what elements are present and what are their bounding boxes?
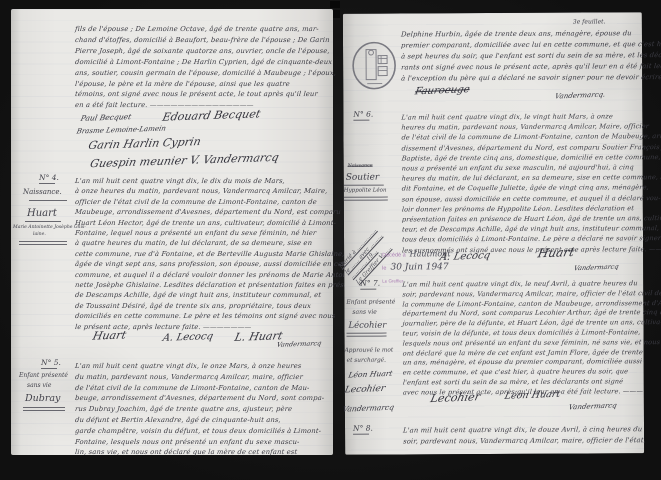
handwritten-line: âgée de vingt sept ans, sans profession,… bbox=[75, 259, 361, 269]
handwritten-line: témoins, ont signé avec nous le présent … bbox=[75, 89, 337, 100]
signature: Edouard Becquet bbox=[161, 107, 262, 123]
act-person-name: Huart bbox=[27, 208, 57, 219]
act-number: N° 7. bbox=[360, 279, 380, 288]
handwritten-line: Fontaine, lequel nous a présenté un enfa… bbox=[75, 228, 361, 238]
stamp-printed-text: Le Greffier bbox=[382, 278, 403, 283]
handwritten-line: domicilié à Limont-Fontaine ; De Harlin … bbox=[75, 57, 337, 68]
signature: Garin Harlin Cyprin bbox=[87, 135, 202, 152]
handwritten-line: Huart Léon Hector, âgé de trente un ans,… bbox=[75, 218, 361, 228]
signature: Vandermarcq bbox=[568, 402, 618, 412]
handwritten-line: fils de l'épouse ; De Lemoine Octave, âg… bbox=[75, 24, 337, 35]
stillbirth-act-7-text: L'an mil huit cent quatre vingt dix, le … bbox=[402, 279, 661, 398]
signature: L. Huart bbox=[233, 329, 283, 344]
signature: Huart bbox=[91, 328, 127, 342]
marriage-act-continuation-text: fils de l'épouse ; De Lemoine Octave, âg… bbox=[75, 24, 336, 111]
signature: Vandermarcq. bbox=[554, 91, 606, 101]
signature: Vandermarcq bbox=[276, 339, 322, 349]
signature: Lecohier bbox=[344, 384, 386, 396]
act-number: N° 5. bbox=[41, 358, 61, 367]
handwritten-line: Maubeuge, arrondissement d'Avesnes, dépa… bbox=[75, 207, 361, 217]
handwritten-line: nette Josèphe Ghislaine. Lesdites déclar… bbox=[75, 280, 361, 290]
binding-mark bbox=[330, 1, 340, 8]
signature: Vandermarcq bbox=[342, 403, 395, 414]
stamp-printed-text: le bbox=[382, 266, 386, 272]
handwritten-line: commune, et auquel il a déclaré vouloir … bbox=[75, 270, 361, 280]
handwritten-line: à l'exception du père qui a déclaré ne s… bbox=[401, 72, 661, 84]
signature: Guespin meunier V. Vandermarcq bbox=[89, 151, 280, 171]
handwritten-line: à onze heures du matin, pardevant nous, … bbox=[75, 186, 361, 196]
handwritten-line: L'an mil huit cent quatre vingt dix, le … bbox=[75, 176, 361, 186]
handwritten-line: lin, sans vie, et nous ont déclaré que l… bbox=[75, 447, 325, 458]
handwritten-line: de Toussaint Désiré, âgé de trente six a… bbox=[75, 301, 361, 311]
act-number: N° 4. bbox=[39, 173, 59, 182]
stillbirth-act-continuation-text: Delphine Hurbin, âgée de trente deux ans… bbox=[401, 28, 661, 84]
handwritten-line: cette commune, rue d'à Fontaine, et de B… bbox=[75, 249, 361, 259]
act-person-name: Lécohier bbox=[348, 321, 386, 331]
handwritten-line: ans, soutier, cousin germain de l'épouse… bbox=[75, 68, 337, 79]
handwritten-line: Pierre Joseph, âgé de soixante quatorze … bbox=[75, 46, 337, 57]
act-type-label: Naissance. bbox=[23, 188, 62, 196]
signature: Vandermarcq bbox=[573, 263, 619, 273]
signature: Léon Huart bbox=[503, 389, 561, 402]
signature: A. Lecocq bbox=[439, 250, 491, 263]
handwritten-line: Fontaine, lesquels nous ont présenté un … bbox=[75, 437, 325, 448]
signature: Paul Becquet bbox=[80, 112, 132, 123]
act-person-subname: Hyppolite Léon bbox=[344, 188, 387, 194]
signature: Léon Huart bbox=[348, 369, 394, 380]
handwritten-line: du défunt et Bertin Alexandre, âgé de ci… bbox=[75, 415, 325, 426]
act-person-name: Dubray bbox=[25, 393, 60, 404]
act-person-name: Soutier bbox=[346, 173, 380, 183]
stillbirth-act-5-text: L'an mil huit cent quatre vingt dix, le … bbox=[75, 361, 324, 458]
act-person-subname: laine. bbox=[33, 232, 46, 237]
handwritten-line: rants ont signé avec nous le présent act… bbox=[401, 61, 661, 73]
handwritten-line: beuge, arrondissement d'Avesnes, départe… bbox=[75, 393, 325, 404]
signature: A. Lecocq bbox=[162, 331, 215, 344]
right-register-page: 3e feuillet. Delphine Hurbin, âgée de tr… bbox=[343, 12, 644, 455]
handwritten-line: de l'état civil de la commune de Limont-… bbox=[75, 383, 325, 394]
act-type-label: sans vie bbox=[27, 382, 51, 389]
act-type-label: Enfant présenté bbox=[19, 372, 68, 379]
margin-approval-note: et surchargé. bbox=[347, 358, 386, 364]
act-type-label: Naissance bbox=[348, 164, 373, 169]
act-number: N° 6. bbox=[353, 110, 373, 119]
birth-act-8-text: L'an mil huit cent quatre vingt dix, le … bbox=[403, 424, 646, 447]
left-register-page: fils de l'épouse ; De Lemoine Octave, âg… bbox=[11, 9, 333, 455]
stamp-handwritten-text: 30 Juin 1947 bbox=[390, 262, 448, 272]
handwritten-line: soir, pardevant nous, Vandermarcq Amilca… bbox=[403, 435, 647, 447]
handwritten-line: de Descamps Achille, âgé de vingt huit a… bbox=[75, 290, 361, 300]
signature: Huart bbox=[536, 245, 575, 260]
handwritten-line: à quatre heures du matin, de lui déclara… bbox=[75, 238, 361, 248]
revenue-stamp-icon bbox=[351, 40, 397, 94]
handwritten-line: du matin, pardevant nous, Vandermarcq Am… bbox=[75, 372, 325, 383]
handwritten-line: rus Dubray Joachim, âgé de trente quatre… bbox=[75, 404, 325, 415]
act-number: N° 8. bbox=[353, 424, 373, 433]
signature: Fauroeuge bbox=[414, 84, 471, 97]
folio-label: 3e feuillet. bbox=[573, 18, 606, 25]
signature: Lecohier bbox=[429, 390, 481, 405]
handwritten-line: L'an mil huit cent quatre vingt dix, le … bbox=[75, 361, 325, 372]
act-type-label: sans vie bbox=[352, 309, 376, 316]
act-type-label: Enfant présenté bbox=[346, 299, 395, 306]
handwritten-line: garde champêtre, voisin du défunt, et to… bbox=[75, 426, 325, 437]
handwritten-line: domiciliés en cette commune. Le père et … bbox=[75, 311, 361, 321]
birth-act-6-text: L'an mil huit cent quatre vingt dix, le … bbox=[401, 111, 661, 255]
margin-approval-note: Approuvé le mot bbox=[345, 348, 394, 354]
handwritten-line: officier de l'état civil de la commune d… bbox=[75, 197, 361, 207]
signature: Brasme Lemoine-Lamein bbox=[76, 124, 167, 135]
birth-act-4-text: L'an mil huit cent quatre vingt dix, le … bbox=[75, 176, 360, 332]
handwritten-line: l'épouse, le père et la mère de l'épouse… bbox=[75, 79, 337, 90]
handwritten-line: chand d'étoffes, domicilié à Beaufort, b… bbox=[75, 35, 337, 46]
scan-background: fils de l'épouse ; De Lemoine Octave, âg… bbox=[0, 0, 661, 480]
